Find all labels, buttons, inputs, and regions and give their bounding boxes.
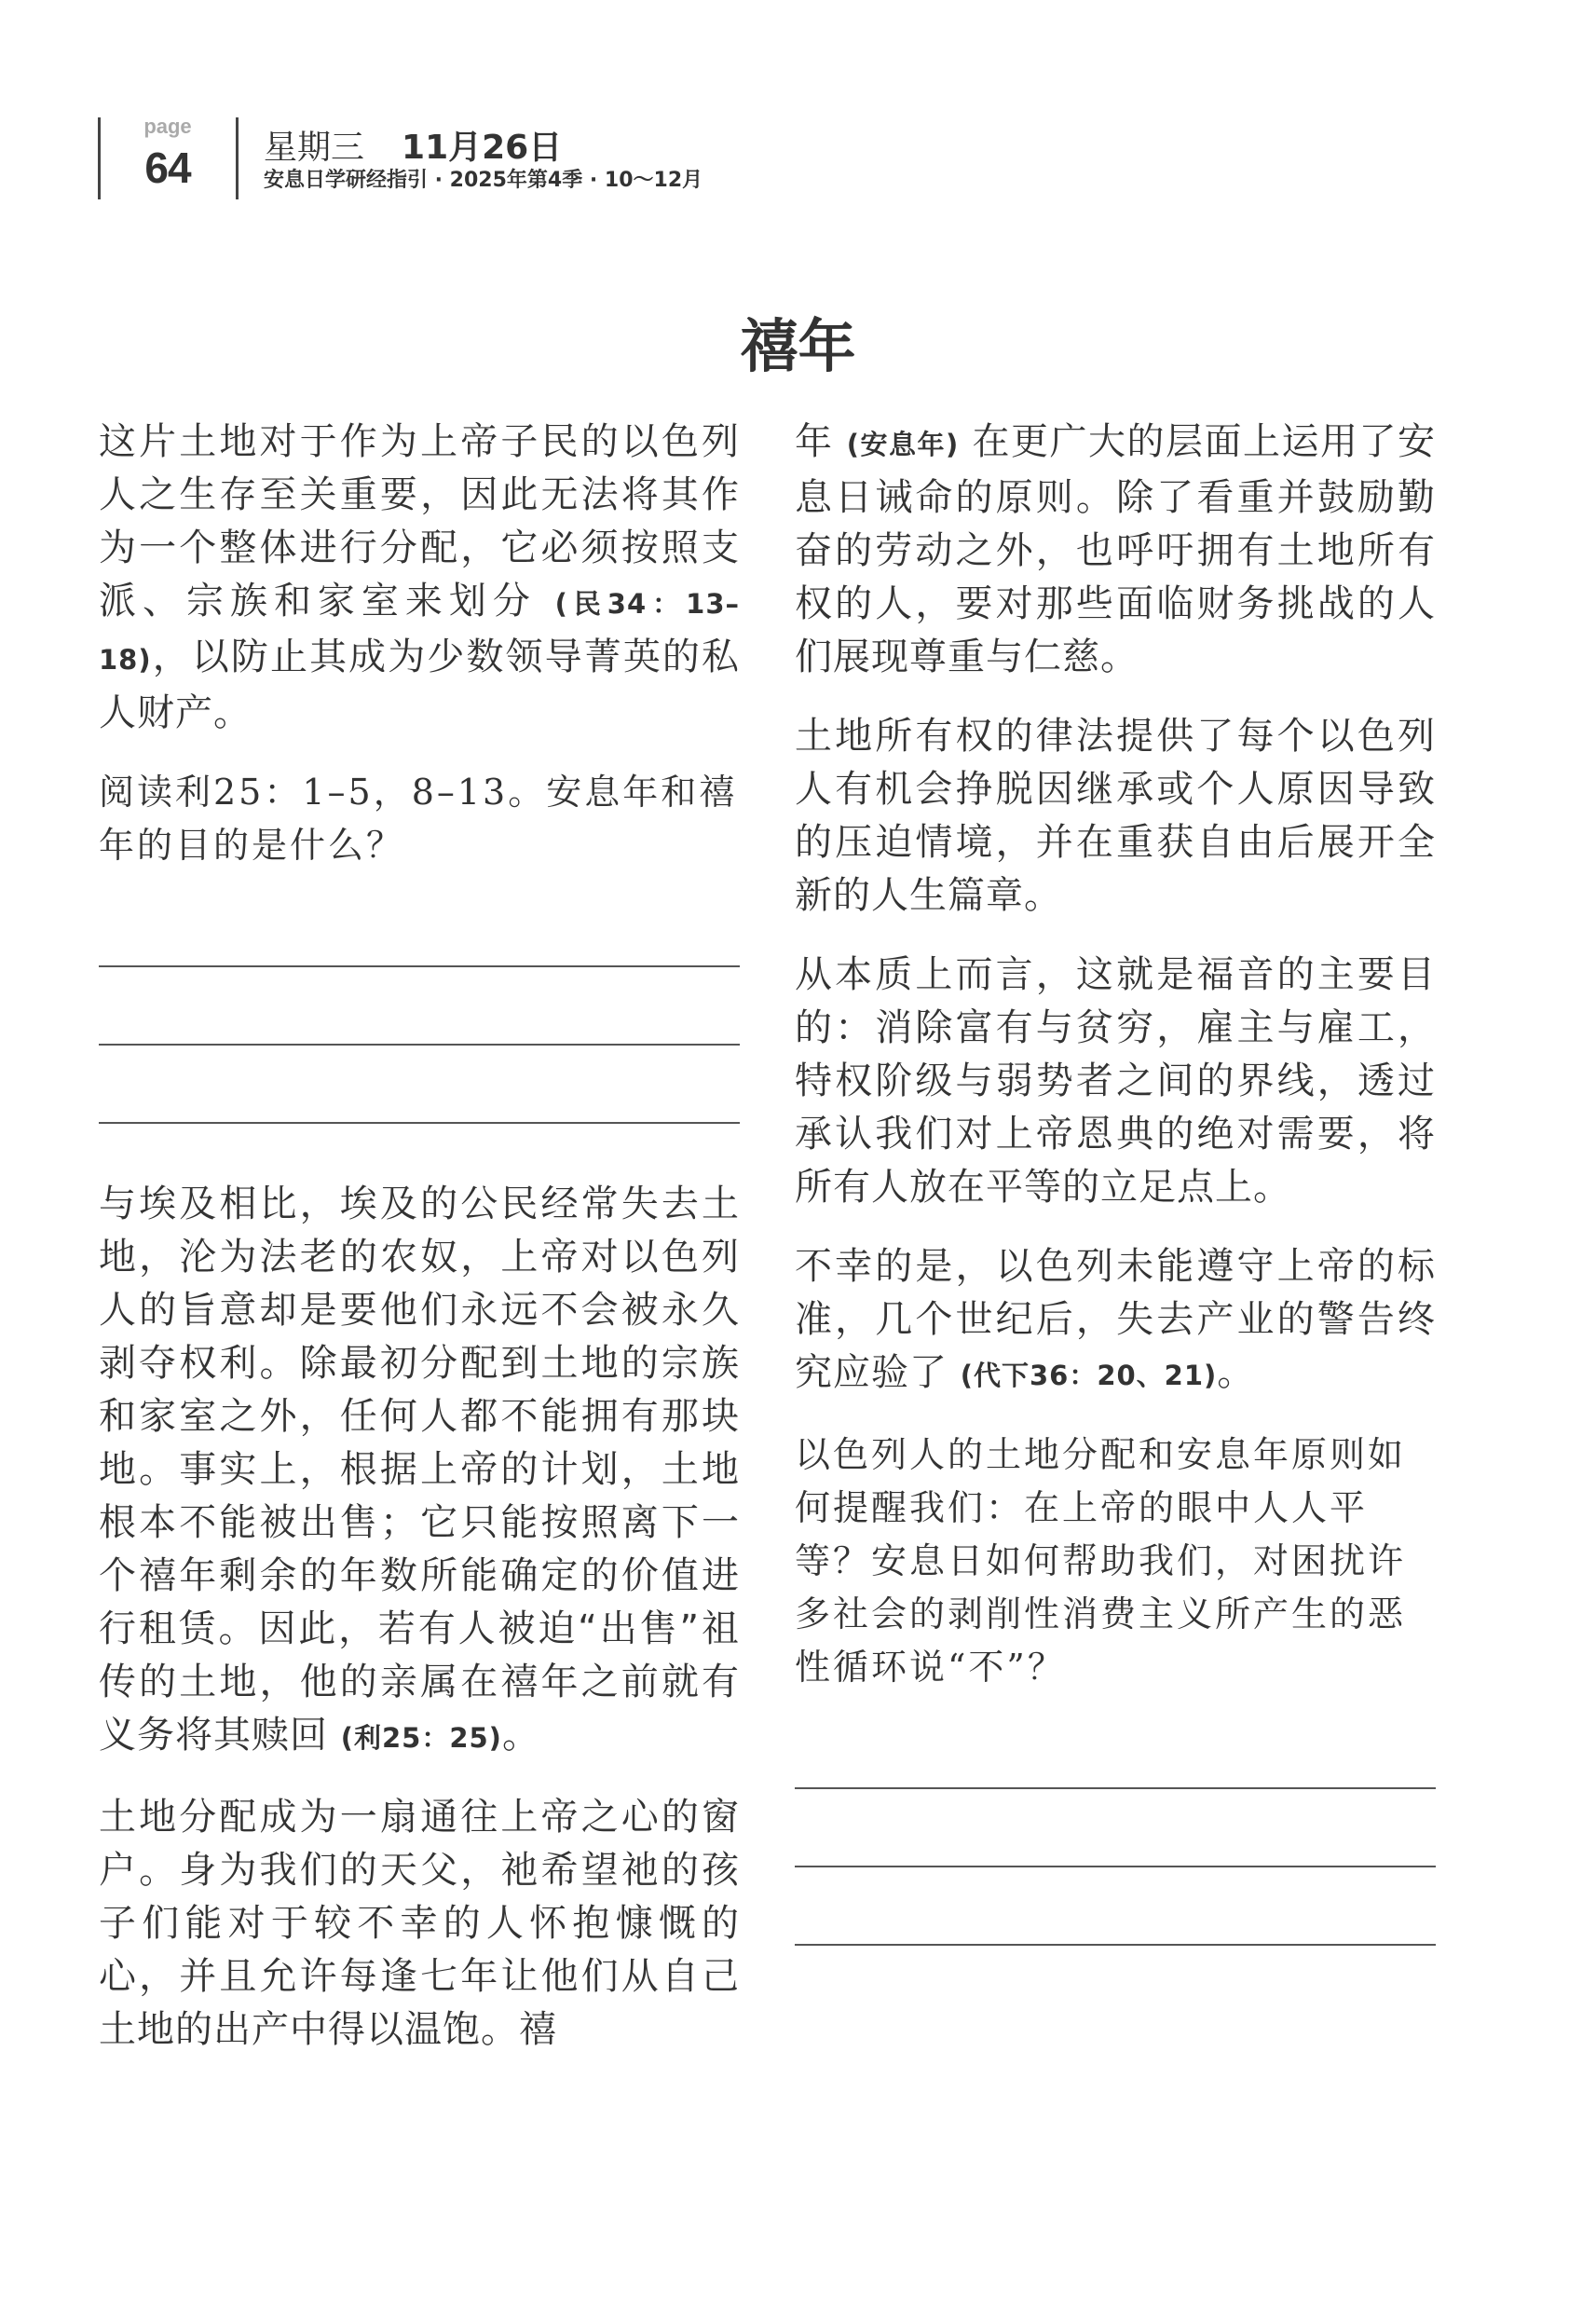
scripture-ref: (安息年) <box>847 429 960 460</box>
paragraph: 不幸的是，以色列未能遵守上帝的标准，几个世纪后，失去产业的警告终究应验了 (代下… <box>795 1240 1436 1402</box>
header-divider <box>98 117 101 199</box>
scripture-ref: (利25：25) <box>341 1722 502 1754</box>
left-column: 这片土地对于作为上帝子民的以色列人之生存至关重要，因此无法将其作为一个整体进行分… <box>99 416 740 2083</box>
paragraph: 土地分配成为一扇通往上帝之心的窗户。身为我们的天父，祂希望祂的孩子们能对于较不幸… <box>99 1791 740 2057</box>
paragraph: 这片土地对于作为上帝子民的以色列人之生存至关重要，因此无法将其作为一个整体进行分… <box>99 416 740 740</box>
right-column: 年 (安息年) 在更广大的层面上运用了安息日诫命的原则。除了看重并鼓励勤奋的劳动… <box>795 416 1436 2000</box>
header-divider <box>236 117 239 199</box>
paragraph-text: 与埃及相比，埃及的公民经常失去土地，沦为法老的农奴，上帝对以色列人的旨意却是要他… <box>99 1183 740 1757</box>
page-label: page <box>130 115 205 139</box>
study-question: 以色列人的土地分配和安息年原则如何提醒我们：在上帝的眼中人人平等？安息日如何帮助… <box>795 1429 1436 1694</box>
answer-line[interactable] <box>99 965 740 967</box>
answer-line[interactable] <box>795 1866 1436 1867</box>
answer-lines[interactable] <box>99 900 740 1124</box>
paragraph-text: ，以防止其成为少数领导菁英的私人财产。 <box>99 636 740 734</box>
header-subtitle: 安息日学研经指引 · 2025年第4季 · 10～12月 <box>264 164 703 193</box>
header-date: 星期三11月26日 <box>264 121 562 169</box>
paragraph: 与埃及相比，埃及的公民经常失去土地，沦为法老的农奴，上帝对以色列人的旨意却是要他… <box>99 1178 740 1765</box>
study-question: 阅读利25：1–5，8–13。安息年和禧年的目的是什么？ <box>99 766 740 872</box>
answer-line[interactable] <box>99 1044 740 1046</box>
paragraph-text: 。 <box>502 1714 540 1757</box>
answer-line[interactable] <box>795 1787 1436 1789</box>
paragraph: 从本质上而言，这就是福音的主要目的：消除富有与贫穷，雇主与雇工，特权阶级与弱势者… <box>795 949 1436 1214</box>
answer-lines[interactable] <box>795 1722 1436 1946</box>
answer-line[interactable] <box>795 1944 1436 1946</box>
weekday: 星期三 <box>264 129 364 167</box>
scripture-ref: (代下36：20、21) <box>961 1360 1218 1391</box>
paragraph-text: 。 <box>1217 1351 1255 1394</box>
paragraph: 土地所有权的律法提供了每个以色列人有机会挣脱因继承或个人原因导致的压迫情境，并在… <box>795 710 1436 923</box>
date: 11月26日 <box>402 129 562 167</box>
page-number: 64 <box>130 143 205 193</box>
paragraph: 年 (安息年) 在更广大的层面上运用了安息日诫命的原则。除了看重并鼓励勤奋的劳动… <box>795 416 1436 684</box>
page-title: 禧年 <box>0 300 1596 383</box>
answer-line[interactable] <box>99 1122 740 1124</box>
paragraph-text: 年 <box>795 420 847 463</box>
